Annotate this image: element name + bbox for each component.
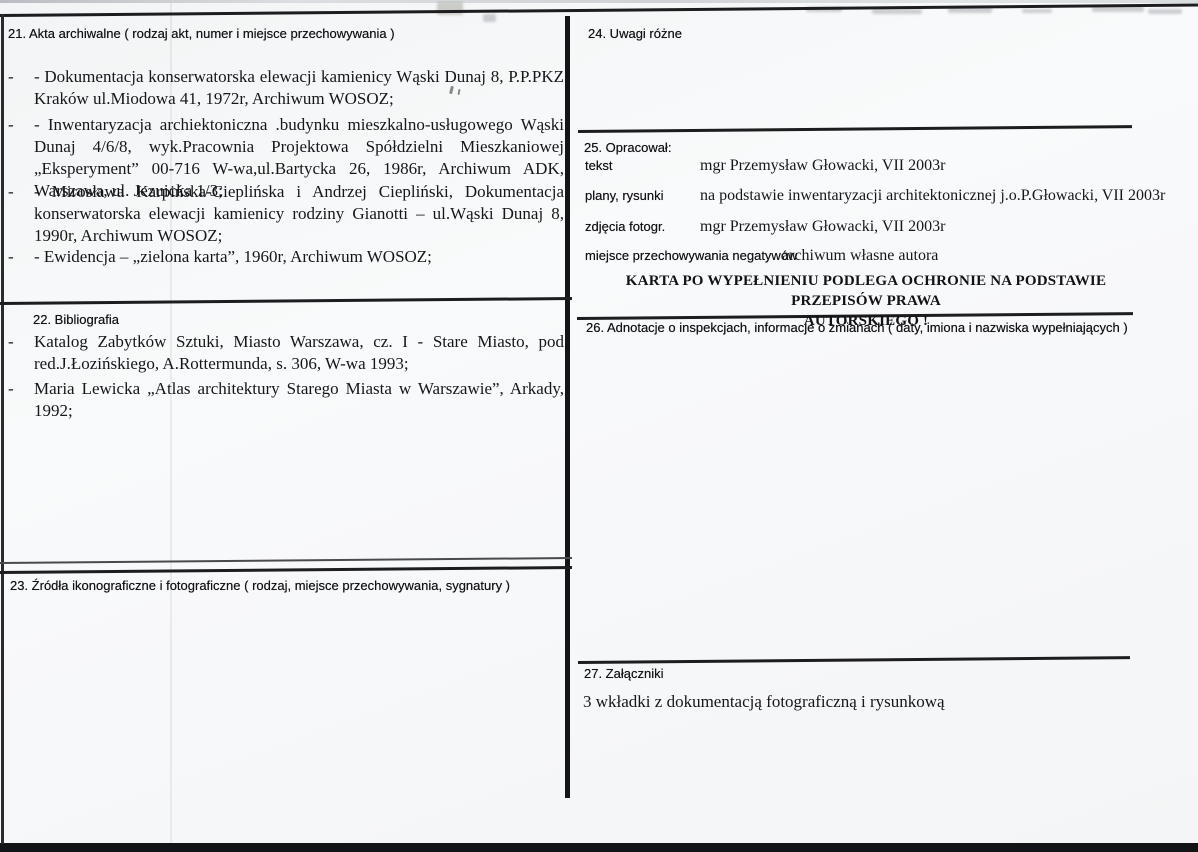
list-dash: - <box>8 181 34 247</box>
rule-s22-s23 <box>0 566 572 574</box>
archival-item-text: - Ewidencja – „zielona karta”, 1960r, Ar… <box>34 246 564 268</box>
ghost-smudge <box>1022 9 1052 13</box>
opracowal-row-label: plany, rysunki <box>585 188 700 203</box>
ghost-smudge <box>872 9 922 14</box>
attachments-note: 3 wkładki z dokumentacją fotograficzną i… <box>583 692 945 712</box>
archival-item: - - Ewidencja – „zielona karta”, 1960r, … <box>8 246 564 268</box>
rule-s21-s22 <box>0 297 572 305</box>
list-dash: - <box>8 66 34 110</box>
opracowal-row-label: tekst <box>585 158 700 173</box>
opracowal-row-value: na podstawie inwentaryzacji architektoni… <box>700 187 1165 205</box>
archival-item: - - Dokumentacja konserwatorska elewacji… <box>8 66 564 110</box>
section-26-label: 26. Adnotacje o inspekcjach, informacje … <box>586 320 1128 336</box>
opracowal-row-label: zdjęcia fotogr. <box>585 219 700 234</box>
scan-page: 21. Akta archiwalne ( rodzaj akt, numer … <box>0 0 1198 852</box>
section-25-label: 25. Opracował: <box>584 140 671 156</box>
opracowal-row-value: archiwum własne autora <box>782 247 938 265</box>
section-24-label: 24. Uwagi różne <box>588 26 682 42</box>
bibliography-item: - Katalog Zabytków Sztuki, Miasto Warsza… <box>8 331 564 375</box>
archival-item-text: - Dokumentacja konserwatorska elewacji k… <box>34 66 564 110</box>
rule-s22-s23-thin <box>0 557 572 563</box>
section-22-label: 22. Bibliografia <box>33 312 119 328</box>
opracowal-row: plany, rysunkina podstawie inwentaryzacj… <box>585 187 1165 205</box>
opracowal-row: zdjęcia fotogr.mgr Przemysław Głowacki, … <box>585 218 945 236</box>
opracowal-row-value: mgr Przemysław Głowacki, VII 2003r <box>700 218 945 236</box>
column-divider <box>565 16 570 798</box>
list-dash: - <box>8 246 34 268</box>
opracowal-row-value: mgr Przemysław Głowacki, VII 2003r <box>700 157 945 175</box>
opracowal-row: miejsce przechowywania negatywówarchiwum… <box>585 247 938 265</box>
rule-s24-s25 <box>578 125 1132 133</box>
left-border <box>1 14 4 844</box>
bottom-scan-band <box>0 843 1198 852</box>
bibliography-item: - Maria Lewicka „Atlas architektury Star… <box>8 378 564 422</box>
top-scan-edge <box>0 0 1198 3</box>
rule-top <box>0 4 1198 17</box>
bibliography-item-text: Katalog Zabytków Sztuki, Miasto Warszawa… <box>34 331 564 375</box>
section-27-label: 27. Załączniki <box>584 666 663 682</box>
section-23-label: 23. Źródła ikonograficzne i fotograficzn… <box>10 578 510 594</box>
list-dash: - <box>8 378 34 422</box>
ghost-smudge <box>483 14 496 22</box>
copyright-notice-line1: KARTA PO WYPEŁNIENIU PODLEGA OCHRONIE NA… <box>592 271 1140 311</box>
rule-s26-s27 <box>578 656 1130 663</box>
archival-item: - - Mirosława Karpińska-Cieplińska i And… <box>8 181 564 247</box>
section-21-label: 21. Akta archiwalne ( rodzaj akt, numer … <box>8 26 395 42</box>
ghost-smudge <box>437 2 463 15</box>
ghost-smudge <box>1148 9 1182 14</box>
list-dash: - <box>8 331 34 375</box>
archival-item-text: - Mirosława Karpińska-Cieplińska i Andrz… <box>34 181 564 247</box>
bibliography-item-text: Maria Lewicka „Atlas architektury Stareg… <box>34 378 564 422</box>
opracowal-row: tekstmgr Przemysław Głowacki, VII 2003r <box>585 157 945 175</box>
opracowal-row-label: miejsce przechowywania negatywów <box>585 248 782 263</box>
